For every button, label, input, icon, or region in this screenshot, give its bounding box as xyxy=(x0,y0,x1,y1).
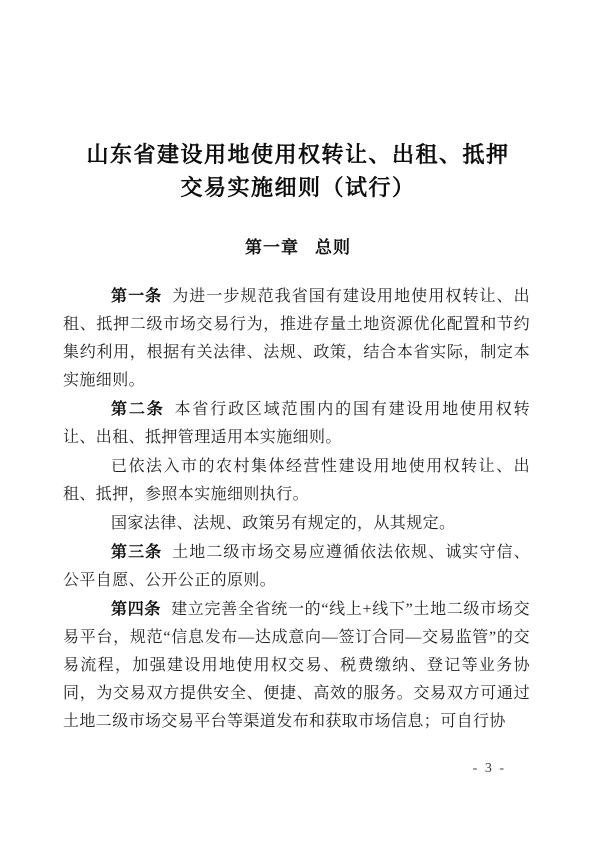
paragraph-article-2-cont-1: 已依法入市的农村集体经营性建设用地使用权转让、出租、抵押，参照本实施细则执行。 xyxy=(63,452,530,509)
document-title-line-2: 交易实施细则（试行） xyxy=(0,172,596,205)
chapter-number: 第一章 xyxy=(245,238,299,258)
paragraph-article-1: 第一条为进一步规范我省国有建设用地使用权转让、出租、抵押二级市场交易行为，推进存… xyxy=(63,282,530,395)
document-body: 第一条为进一步规范我省国有建设用地使用权转让、出租、抵押二级市场交易行为，推进存… xyxy=(63,282,530,736)
paragraph-article-4: 第四条建立完善全省统一的“线上+线下”土地二级市场交易平台，规范“信息发布—达成… xyxy=(63,595,530,736)
page-number: - 3 - xyxy=(473,761,506,777)
article-2-cont-2-text: 国家法律、法规、政策另有规定的，从其规定。 xyxy=(111,515,455,532)
paragraph-article-3: 第三条土地二级市场交易应遵循依法依规、诚实守信、公平自愿、公开公正的原则。 xyxy=(63,538,530,595)
document-page: 山东省建设用地使用权转让、出租、抵押交易实施细则（试行） 第一章总则 第一条为进… xyxy=(0,0,596,843)
paragraph-article-2-cont-2: 国家法律、法规、政策另有规定的，从其规定。 xyxy=(63,509,530,538)
chapter-heading: 第一章总则 xyxy=(0,236,596,261)
article-3-label: 第三条 xyxy=(111,542,162,561)
article-4-label: 第四条 xyxy=(111,599,161,618)
article-2-cont-1-text: 已依法入市的农村集体经营性建设用地使用权转让、出租、抵押，参照本实施细则执行。 xyxy=(63,458,530,503)
document-title: 山东省建设用地使用权转让、出租、抵押交易实施细则（试行） xyxy=(0,0,596,205)
article-1-label: 第一条 xyxy=(111,286,162,305)
article-2-label: 第二条 xyxy=(111,399,165,418)
article-4-text: 建立完善全省统一的“线上+线下”土地二级市场交易平台，规范“信息发布—达成意向—… xyxy=(63,601,530,730)
paragraph-article-2: 第二条本省行政区域范围内的国有建设用地使用权转让、出租、抵押管理适用本实施细则。 xyxy=(63,395,530,452)
document-title-line-1: 山东省建设用地使用权转让、出租、抵押 xyxy=(0,139,596,172)
chapter-name: 总则 xyxy=(315,238,351,258)
